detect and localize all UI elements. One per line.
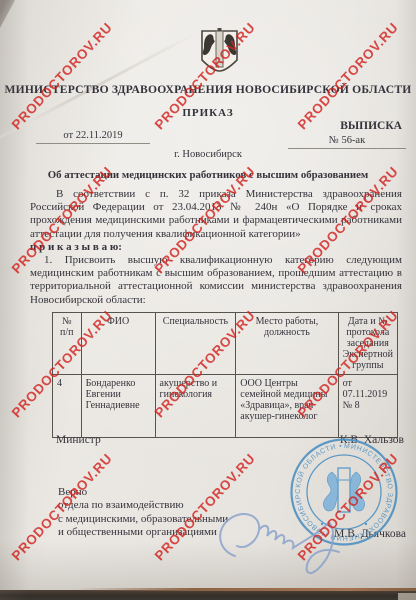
table-row: 4 Бондаренко Евгении Геннадиевне акушерс… bbox=[53, 374, 398, 437]
minister-label: Министр bbox=[56, 434, 101, 446]
desk-edge bbox=[0, 590, 416, 600]
desk-corner bbox=[398, 593, 416, 600]
extract-label: ВЫПИСКА bbox=[340, 120, 402, 132]
paragraph-order-item: 1. Присвоить высшую квалификационную кат… bbox=[30, 254, 402, 307]
document-sheet: МИНИСТЕРСТВО ЗДРАВООХРАНЕНИЯ НОВОСИБИРСК… bbox=[0, 0, 416, 600]
cell-protocol: от 07.11.2019 № 8 bbox=[338, 374, 397, 437]
extract-number: № 56-ак bbox=[288, 135, 406, 149]
cell-name: Бондаренко Евгении Геннадиевне bbox=[81, 374, 155, 437]
scanned-document-photo: МИНИСТЕРСТВО ЗДРАВООХРАНЕНИЯ НОВОСИБИРСК… bbox=[0, 0, 416, 600]
order-word: п р и к а з ы в а ю: bbox=[30, 241, 402, 254]
cell-number: 4 bbox=[53, 374, 82, 437]
document-city: г. Новосибирск bbox=[0, 149, 416, 160]
document-subject: Об аттестации медицинских работников с в… bbox=[0, 169, 416, 181]
document-date: от 22.11.2019 bbox=[36, 130, 150, 144]
verifier-title-line: и общественными организациями bbox=[58, 526, 228, 539]
document-type: ПРИКАЗ bbox=[0, 107, 416, 119]
